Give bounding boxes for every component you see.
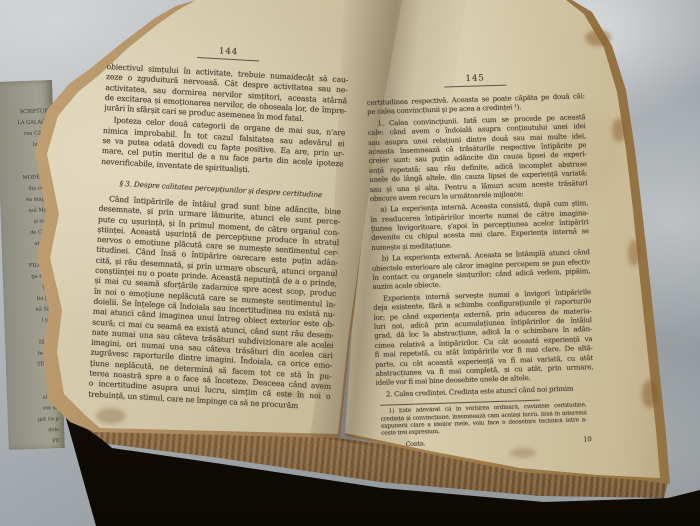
stain — [585, 30, 611, 46]
footnote: 1) Este adevărat că în vorbirea ordinară… — [380, 402, 587, 438]
paragraph: 1. Calea convincțiunii. Iată cum se proc… — [367, 113, 588, 204]
stain — [628, 240, 640, 266]
paragraph: a) La experiența internă. Aceasta consis… — [370, 199, 589, 253]
stain — [96, 408, 126, 424]
book-photo: SCRIPTURLA GALACTrea Căsătlui IonteMODER… — [0, 0, 700, 526]
stain — [642, 380, 658, 408]
paragraph: Experiența internă servește numai a învi… — [373, 288, 594, 389]
signature-label: Conta. — [405, 440, 425, 448]
paragraph: Când întipăririle de întâiul grad sunt b… — [88, 194, 341, 413]
stain — [510, 448, 536, 458]
right-page-content: 145 certitudinea respectivă. Aceasta se … — [366, 70, 596, 449]
paragraph: b) La experiența externă. Aceasta se înt… — [372, 248, 591, 292]
sheet-number: 10 — [583, 435, 591, 443]
paragraph: Ipoteza celor două categorii de organe d… — [101, 115, 345, 180]
left-page-content: 144 obiectivul simțului în activitate, t… — [88, 40, 350, 415]
page-number-rule — [444, 85, 506, 88]
